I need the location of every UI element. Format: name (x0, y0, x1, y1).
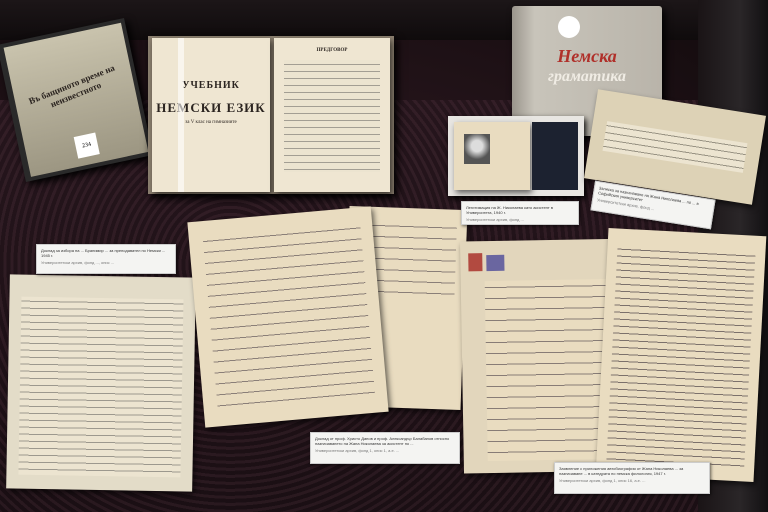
id-card-cover (532, 122, 578, 190)
open-book: УЧЕБНИК НЕМСКИ ЕЗИК за V клас на гимнази… (148, 36, 394, 194)
tape-strip (178, 38, 184, 192)
caption-center: Доклад от проф. Христо Данов и проф. Але… (310, 432, 460, 464)
open-book-subtitle: за V клас на гимназиите (152, 120, 270, 125)
caption-id-card-source: Университетски архив, фонд ... (466, 217, 574, 222)
open-book-right-page: ПРЕДГОВОР (274, 38, 390, 192)
typed-document-text (18, 297, 183, 478)
open-book-left-page: УЧЕБНИК НЕМСКИ ЕЗИК за V клас на гимнази… (152, 38, 270, 192)
portrait-photo (464, 134, 490, 164)
caption-id-card-text: Легитимация на Ж. Николаева като асистен… (466, 205, 553, 215)
handwritten-letter-front-text (203, 221, 376, 408)
autobiography-text (606, 245, 755, 470)
caption-center-source: Университетски архив, фонд 1, опис 1, а.… (315, 448, 455, 453)
grammar-title-2: граматика (512, 68, 662, 86)
open-book-title-1: УЧЕБНИК (152, 80, 270, 91)
grammar-sticker (558, 16, 580, 38)
autobiography-manuscript (596, 228, 767, 482)
left-book: Въ бащиното време на неизвестното 234 (0, 18, 153, 182)
caption-bottom-right: Заявление с приложения автобиография от … (554, 462, 710, 494)
preface-heading: ПРЕДГОВОР (274, 48, 390, 53)
typed-document (6, 274, 196, 491)
grammar-title-1: Немска (512, 46, 662, 67)
caption-center-text: Доклад от проф. Христо Данов и проф. Але… (315, 436, 449, 446)
caption-bottom-right-text: Заявление с приложения автобиография от … (559, 466, 683, 476)
museum-display-case: Въ бащиното време на неизвестното 234 УЧ… (0, 0, 768, 512)
left-book-title: Въ бащиното време на неизвестното (25, 62, 122, 118)
id-card-frame (448, 116, 584, 196)
caption-left-text: Доклад за избора на ... Бранимир ... за … (41, 248, 165, 258)
caption-id-card: Легитимация на Ж. Николаева като асистен… (461, 201, 579, 225)
library-sticker: 234 (74, 133, 100, 159)
id-card (454, 122, 530, 190)
handwritten-letter-front (187, 206, 388, 427)
caption-left: Доклад за избора на ... Бранимир ... за … (36, 244, 176, 274)
red-stamp (468, 253, 482, 271)
caption-bottom-right-source: Университетски архив, фонд 1, опис 16, а… (559, 478, 705, 483)
preface-text (284, 60, 380, 172)
open-book-title-2: НЕМСКИ ЕЗИК (152, 100, 270, 116)
purple-stamp (486, 255, 504, 271)
caption-left-source: Университетски архив, фонд ..., опис ... (41, 260, 171, 265)
certificate-text (603, 121, 748, 173)
